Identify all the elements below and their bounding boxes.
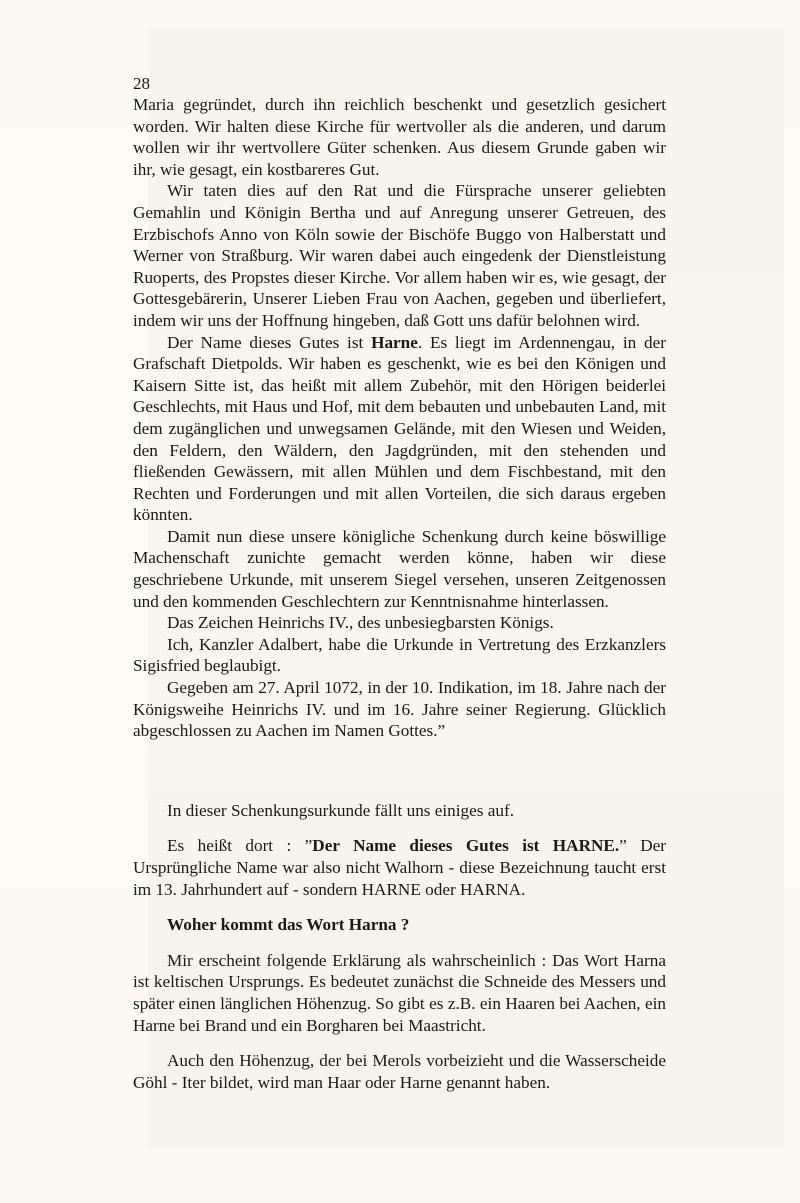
- page-number: 28: [133, 73, 666, 94]
- book-page: 28 Maria gegründet, durch ihn reichlich …: [0, 0, 800, 1203]
- paragraph-6: Ich, Kanzler Adalbert, habe die Urkunde …: [133, 634, 666, 677]
- paragraph-1: Maria gegründet, durch ihn reichlich bes…: [133, 94, 666, 180]
- paragraph-3-pre: Der Name dieses Gutes ist: [167, 333, 371, 352]
- text-column: 28 Maria gegründet, durch ihn reichlich …: [133, 73, 666, 1093]
- paragraph-5: Das Zeichen Heinrichs IV., des unbesiegb…: [133, 612, 666, 634]
- quote-pre: Es heißt dort : ”: [167, 836, 312, 855]
- section-spacer: [133, 742, 666, 800]
- section-heading: Woher kommt das Wort Harna ?: [133, 914, 666, 936]
- paragraph-7: Gegeben am 27. April 1072, in der 10. In…: [133, 677, 666, 742]
- estate-name: Harne: [371, 333, 418, 352]
- commentary-paragraph-1: Mir erscheint folgende Erklärung als wah…: [133, 950, 666, 1036]
- spacer: [133, 821, 666, 835]
- spacer: [133, 1036, 666, 1050]
- spacer: [133, 900, 666, 914]
- quote-bold: Der Name dieses Gutes ist HARNE.: [312, 836, 619, 855]
- commentary-quote: Es heißt dort : ”Der Name dieses Gutes i…: [133, 835, 666, 900]
- commentary-paragraph-2: Auch den Höhenzug, der bei Merols vorbei…: [133, 1050, 666, 1093]
- spacer: [133, 936, 666, 950]
- commentary-intro: In dieser Schenkungsurkunde fällt uns ei…: [133, 800, 666, 822]
- paragraph-3: Der Name dieses Gutes ist Harne. Es lieg…: [133, 332, 666, 526]
- paragraph-2: Wir taten dies auf den Rat und die Fürsp…: [133, 180, 666, 331]
- paragraph-3-post: . Es liegt im Ardennengau, in der Grafsc…: [133, 333, 666, 525]
- paragraph-4: Damit nun diese unsere königliche Schenk…: [133, 526, 666, 612]
